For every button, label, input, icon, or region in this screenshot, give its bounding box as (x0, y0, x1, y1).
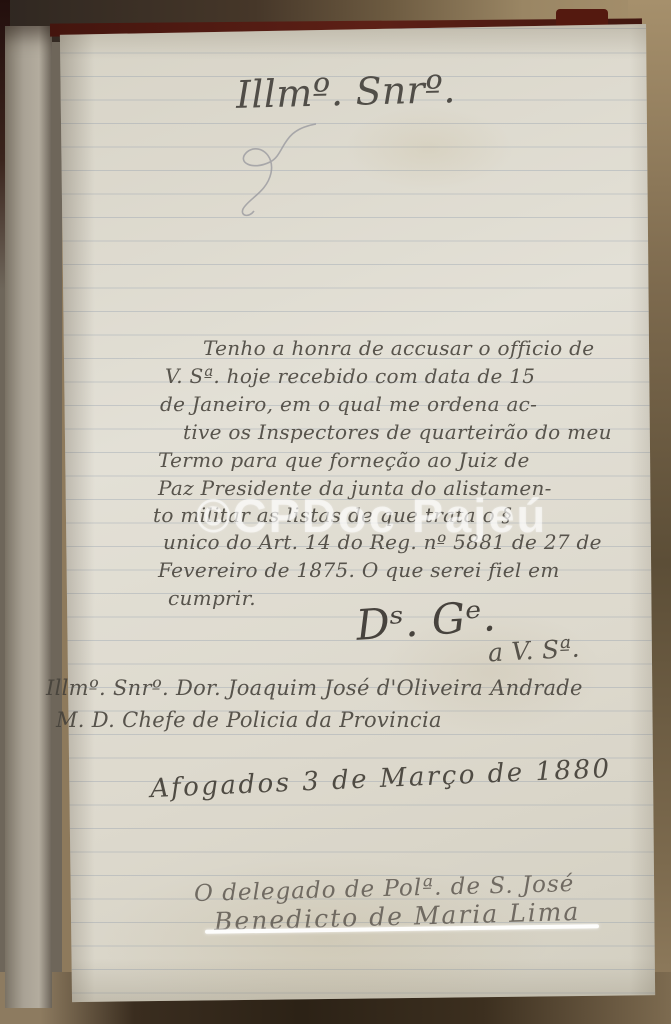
body-line: cumprir. (168, 586, 256, 610)
valediction-abbreviation: a V. Sª. (487, 634, 580, 668)
watermark: ©CPDoc Pajeú (196, 488, 547, 543)
body-line: tive os Inspectores de quarteirão do meu (183, 420, 612, 444)
photographed-letter-page: Illmº. Snrº. Tenho a honra de accusar o … (0, 0, 671, 1024)
body-line: Tenho a honra de accusar o officio de (203, 336, 594, 360)
body-line: V. Sª. hoje recebido com data de 15 (165, 364, 535, 388)
addressee-line: M. D. Chefe de Policia da Provincia (56, 708, 442, 732)
letter-heading: Illmº. Snrº. (235, 67, 456, 117)
body-line: Termo para que forneção ao Juiz de (158, 448, 530, 472)
addressee-line: Illmº. Snrº. Dor. Joaquim José d'Oliveir… (46, 676, 583, 700)
body-line: de Janeiro, em o qual me ordena ac- (160, 392, 537, 416)
ink-flourish (224, 120, 339, 222)
page-stack-edge (5, 26, 52, 1008)
valediction-abbreviation: Dˢ. Gᵉ. (354, 591, 497, 650)
body-line: Fevereiro de 1875. O que serei fiel em (158, 558, 560, 582)
